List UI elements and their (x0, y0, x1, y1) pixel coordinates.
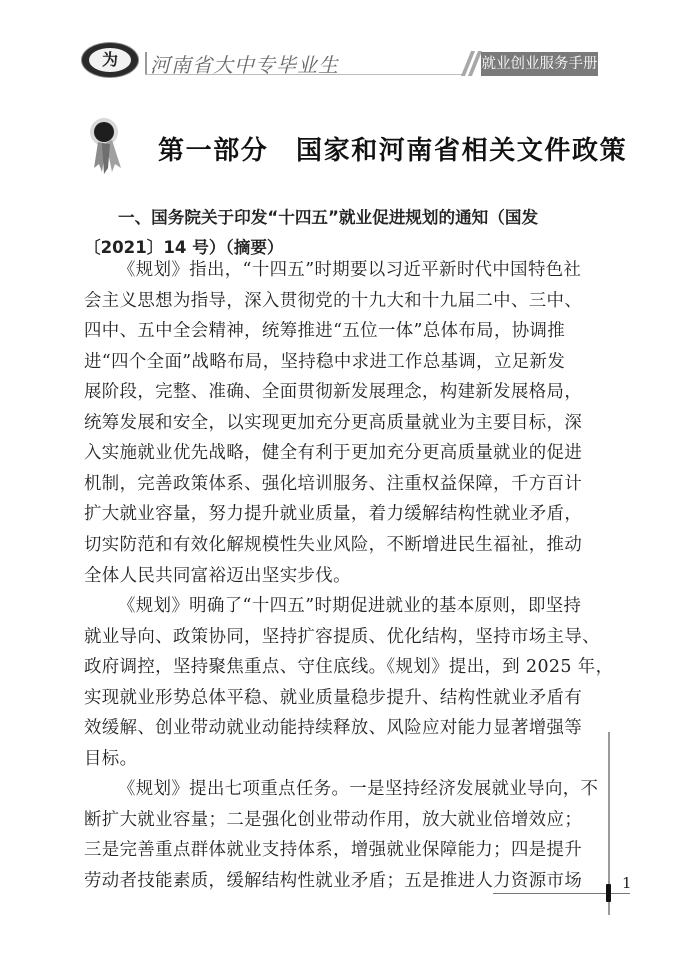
body-text-line: 全体人民共同富裕迈出坚实步伐。 (84, 565, 604, 587)
header-divider-bar (145, 52, 147, 74)
body-text-line: 《规划》提出七项重点任务。一是坚持经济发展就业导向，不 (118, 778, 638, 800)
body-text-line: 会主义思想为指导，深入贯彻党的十九大和十九届二中、三中、 (84, 290, 604, 312)
body-text-line: 劳动者技能素质，缓解结构性就业矛盾；五是推进人力资源市场 (84, 870, 604, 892)
body-text-line: 《规划》指出，“十四五”时期要以习近平新时代中国特色社 (118, 259, 638, 281)
body-text-line: 目标。 (84, 748, 604, 770)
page-number: 1 (622, 874, 632, 892)
body-text-line: 四中、五中全会精神，统筹推进“五位一体”总体布局，协调推 (84, 320, 604, 342)
body-text-line: 断扩大就业容量；二是强化创业带动作用，放大就业倍增效应； (84, 809, 604, 831)
body-text-line: 入实施就业优先战略，健全有利于更加充分更高质量就业的促进 (84, 442, 604, 464)
header-underline (145, 74, 463, 75)
body-text-line: 实现就业形势总体平稳、就业质量稳步提升、结构性就业矛盾有 (84, 687, 604, 709)
body-text-line: 《规划》明确了“十四五”时期促进就业的基本原则，即坚持 (118, 595, 638, 617)
article-heading-line-2: 〔2021〕14 号）（摘要） (84, 234, 604, 258)
page-marker (606, 884, 611, 902)
body-text-line: 扩大就业容量，努力提升就业质量，着力缓解结构性就业矛盾， (84, 503, 604, 525)
body-text-line: 展阶段，完整、准确、全面贯彻新发展理念，构建新发展格局， (84, 381, 604, 403)
body-text-line: 效缓解、创业带动就业动能持续释放、风险应对能力显著增强等 (84, 717, 604, 739)
body-text-line: 切实防范和有效化解规模性失业风险，不断增进民生福祉，推动 (84, 534, 604, 556)
body-text-line: 统筹发展和安全，以实现更加充分更高质量就业为主要目标，深 (84, 412, 604, 434)
body-text-line: 机制，完善政策体系、强化培训服务、注重权益保障，千方百计 (84, 473, 604, 495)
logo-glyph: 为 (89, 48, 131, 72)
body-text-line: 三是完善重点群体就业支持体系，增强就业保障能力；四是提升 (84, 839, 604, 861)
section-title: 第一部分 国家和河南省相关文件政策 (158, 130, 627, 167)
graduate-emblem-icon: 为 (89, 48, 131, 72)
header-handbook-label: 就业创业服务手册 (481, 52, 598, 76)
body-text-line: 进“四个全面”战略布局，坚持稳中求进工作总基调，立足新发 (84, 351, 604, 373)
award-rosette-icon (88, 116, 128, 180)
body-text-line: 政府调控，坚持聚焦重点、守住底线。《规划》提出，到 2025 年， (84, 656, 604, 678)
body-text-line: 就业导向、政策协同，坚持扩容提质、优化结构，坚持市场主导、 (84, 626, 604, 648)
article-heading-line-1: 一、国务院关于印发“十四五”就业促进规划的通知（国发 (118, 204, 638, 228)
logo-emblem: 为 (82, 43, 138, 77)
